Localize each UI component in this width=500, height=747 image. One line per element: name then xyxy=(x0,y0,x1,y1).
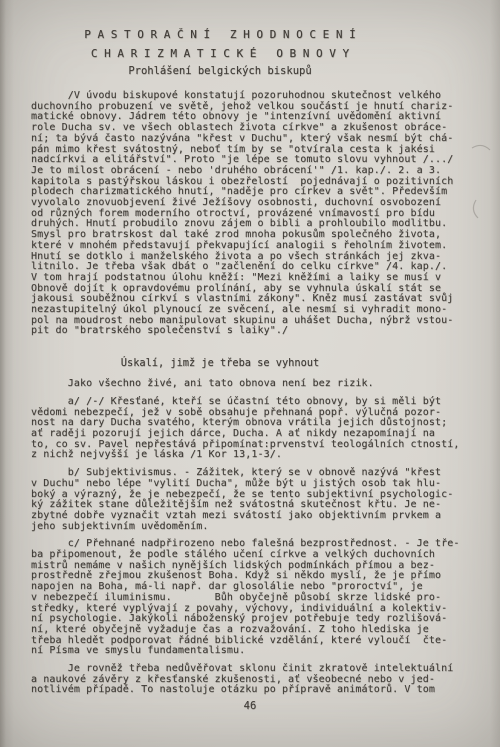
intro-paragraph: /V úvodu biskupové konstatují pozoruhodn… xyxy=(31,91,473,337)
pen-mark-icon xyxy=(466,140,496,220)
page-content: P A S T O R A Č N Í Z H O D N O C E N Í … xyxy=(31,28,473,696)
point-c-paragraph: c/ Přehnané nadpřirozeno nebo falešná be… xyxy=(31,539,473,657)
document-title-line2: C H A R I Z M A T I C K É O B N O V Y xyxy=(31,47,409,60)
document-title-line1: P A S T O R A Č N Í Z H O D N O C E N Í xyxy=(31,28,409,41)
point-b-paragraph: b/ Subjektivismus. - Zážitek, který se v… xyxy=(31,468,473,532)
document-title: P A S T O R A Č N Í Z H O D N O C E N Í … xyxy=(31,28,409,77)
section-heading-wrap: Úskalí, jimž je třeba se vyhnout xyxy=(31,351,409,370)
document-subtitle: Prohlášení belgických biskupů xyxy=(31,65,409,77)
page-number: 46 xyxy=(238,700,262,712)
section-heading: Úskalí, jimž je třeba se vyhnout xyxy=(121,358,319,369)
point-a-paragraph: a/ /-/ Křesťané, kteří se účastní této o… xyxy=(31,397,473,461)
closing-paragraph: Je rovněž třeba nedůvěřovat sklonu činit… xyxy=(31,664,473,696)
scanned-document-page: P A S T O R A Č N Í Z H O D N O C E N Í … xyxy=(0,0,500,747)
risk-intro-paragraph: Jako všechno živé, ani tato obnova není … xyxy=(31,379,473,390)
